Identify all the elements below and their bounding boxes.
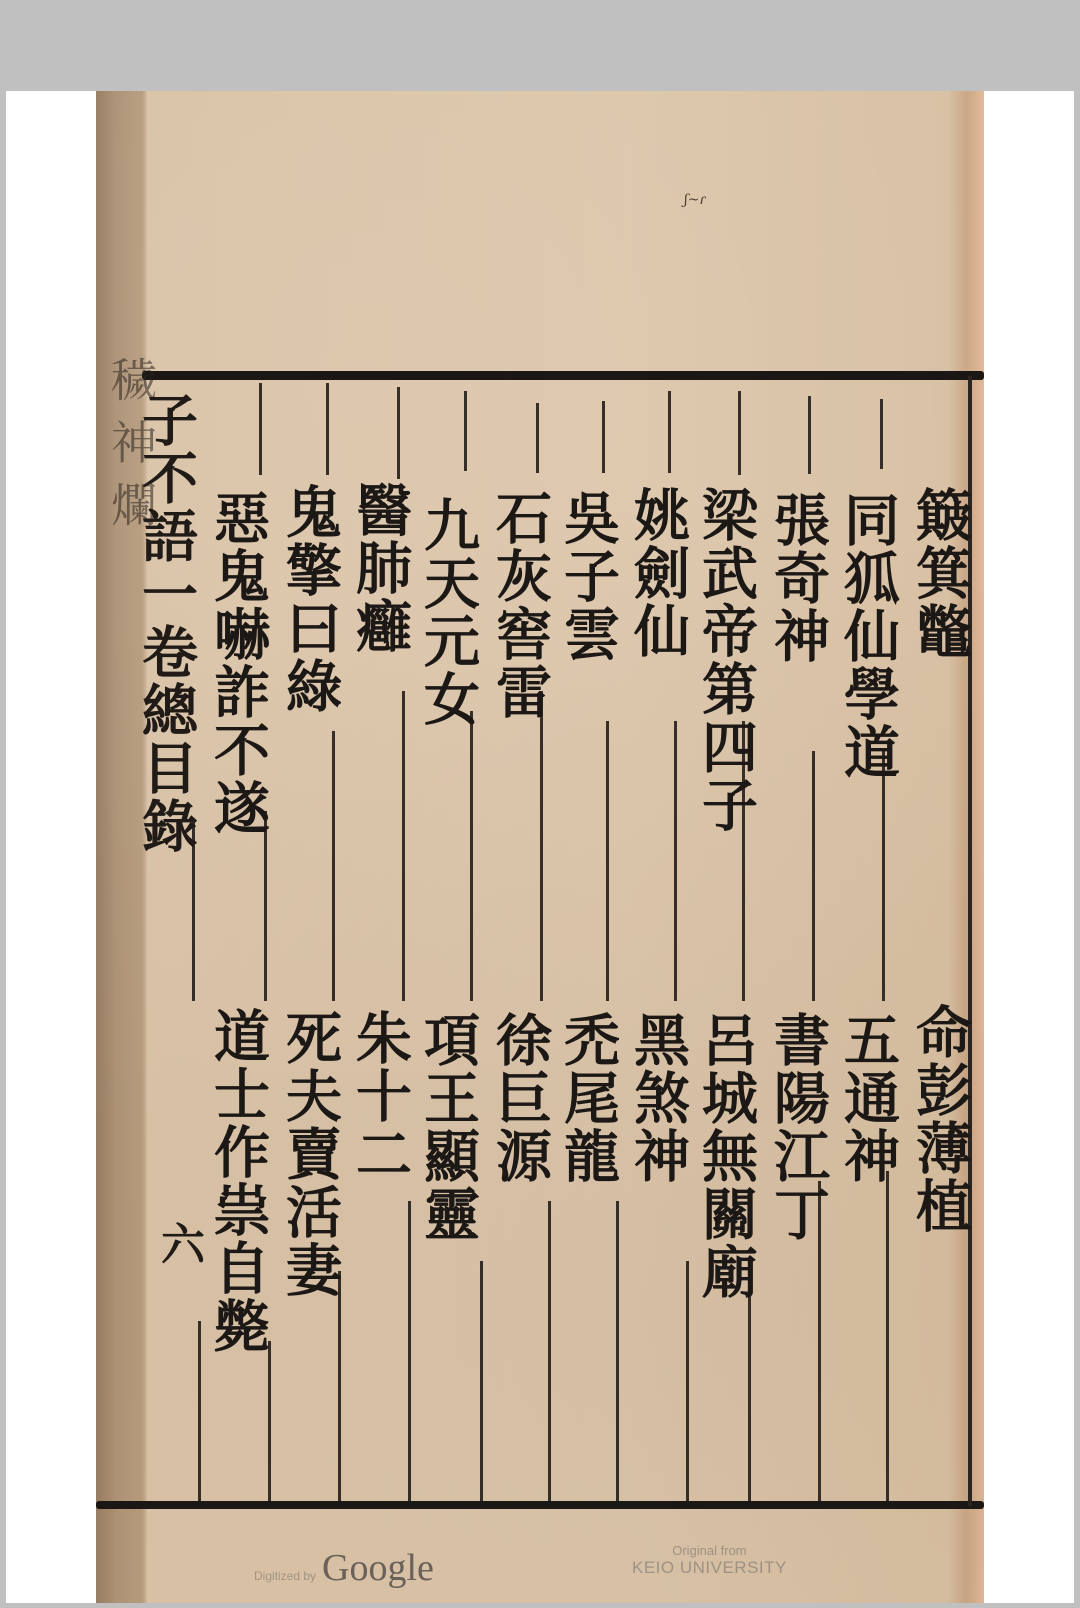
page-number: 六 bbox=[146, 1221, 210, 1265]
toc-entry-upper: 張奇神 bbox=[766, 491, 830, 665]
column-rule bbox=[402, 691, 405, 1001]
toc-entry-upper: 九天元女 bbox=[416, 496, 480, 728]
column-rule bbox=[606, 721, 609, 1001]
column-rule bbox=[738, 391, 741, 475]
digitized-by-label: Digitized by bbox=[254, 1569, 316, 1583]
institution-label: KEIO UNIVERSITY bbox=[632, 1558, 787, 1578]
column-rule bbox=[668, 391, 671, 473]
toc-entry-upper: 惡鬼嚇詐不遂 bbox=[206, 489, 270, 837]
toc-entry-upper: 同狐仙學道 bbox=[836, 491, 900, 781]
margin-mark: ʃ~ɾ bbox=[684, 192, 706, 208]
column-rule bbox=[748, 1291, 751, 1501]
toc-entry-upper: 簸箕鼈 bbox=[908, 486, 972, 660]
toc-entry-lower: 命彭薄植 bbox=[908, 1003, 972, 1235]
toc-entry-lower: 朱十二 bbox=[348, 1009, 412, 1183]
toc-entry-lower: 道士作祟自斃 bbox=[206, 1007, 270, 1355]
toc-entry-lower: 死夫賣活妻 bbox=[278, 1009, 342, 1299]
column-rule bbox=[326, 383, 329, 475]
google-logo: Google bbox=[322, 1546, 434, 1590]
toc-entry-upper: 醫肺癰 bbox=[348, 481, 412, 655]
column-rule bbox=[470, 711, 473, 1001]
top-border-rule bbox=[142, 371, 984, 380]
toc-entry-lower: 黑煞神 bbox=[626, 1011, 690, 1185]
toc-entry-upper: 吳子雲 bbox=[556, 489, 620, 663]
column-rule bbox=[536, 403, 539, 473]
book-title: 子不語 bbox=[133, 391, 199, 565]
column-rule bbox=[198, 1321, 201, 1501]
source-watermark: Original from KEIO UNIVERSITY bbox=[632, 1543, 787, 1578]
toc-entry-lower: 項王顯靈 bbox=[416, 1011, 480, 1243]
google-watermark: Digitized by Google bbox=[254, 1546, 434, 1590]
toc-entry-lower: 五通神 bbox=[836, 1011, 900, 1185]
toc-entry-upper: 石灰窖雷 bbox=[488, 489, 552, 721]
column-rule bbox=[602, 401, 605, 473]
column-rule bbox=[674, 721, 677, 1001]
column-rule bbox=[332, 731, 335, 1001]
column-rule bbox=[880, 399, 883, 469]
toc-entry-upper: 姚劍仙 bbox=[626, 486, 690, 660]
toc-entry-upper: 鬼擎曰綠 bbox=[278, 483, 342, 715]
column-rule bbox=[464, 391, 467, 471]
column-rule bbox=[812, 751, 815, 1001]
column-rule bbox=[268, 1341, 271, 1501]
spine-title: 子不語一卷總目錄 bbox=[136, 391, 196, 855]
toc-entry-lower: 禿尾龍 bbox=[556, 1011, 620, 1185]
original-from-label: Original from bbox=[632, 1543, 787, 1558]
section-title: 一卷總目錄 bbox=[133, 565, 199, 855]
column-rule bbox=[886, 1171, 889, 1501]
column-rule bbox=[259, 383, 262, 475]
column-rule bbox=[548, 1201, 551, 1501]
toc-entry-upper: 梁武帝第四子 bbox=[694, 486, 758, 834]
column-rule bbox=[480, 1261, 483, 1501]
book-page: ʃ~ɾ 穢 神 爛 子不語一卷總目錄 六 簸箕鼈 同狐仙學道 張奇神 梁武帝第四… bbox=[96, 91, 984, 1603]
column-rule bbox=[540, 691, 543, 1001]
toc-entry-lower: 書陽江丁 bbox=[766, 1011, 830, 1243]
column-rule bbox=[397, 387, 400, 479]
column-rule bbox=[338, 1271, 341, 1501]
column-rule bbox=[686, 1261, 689, 1501]
column-rule bbox=[408, 1201, 411, 1501]
bottom-border-rule bbox=[96, 1501, 984, 1509]
column-rule bbox=[808, 396, 811, 474]
column-rule bbox=[882, 751, 885, 1001]
column-rule bbox=[264, 811, 267, 1001]
toc-entry-lower: 呂城無關廟 bbox=[694, 1011, 758, 1301]
toc-entry-lower: 徐巨源 bbox=[488, 1011, 552, 1185]
column-rule bbox=[616, 1201, 619, 1501]
